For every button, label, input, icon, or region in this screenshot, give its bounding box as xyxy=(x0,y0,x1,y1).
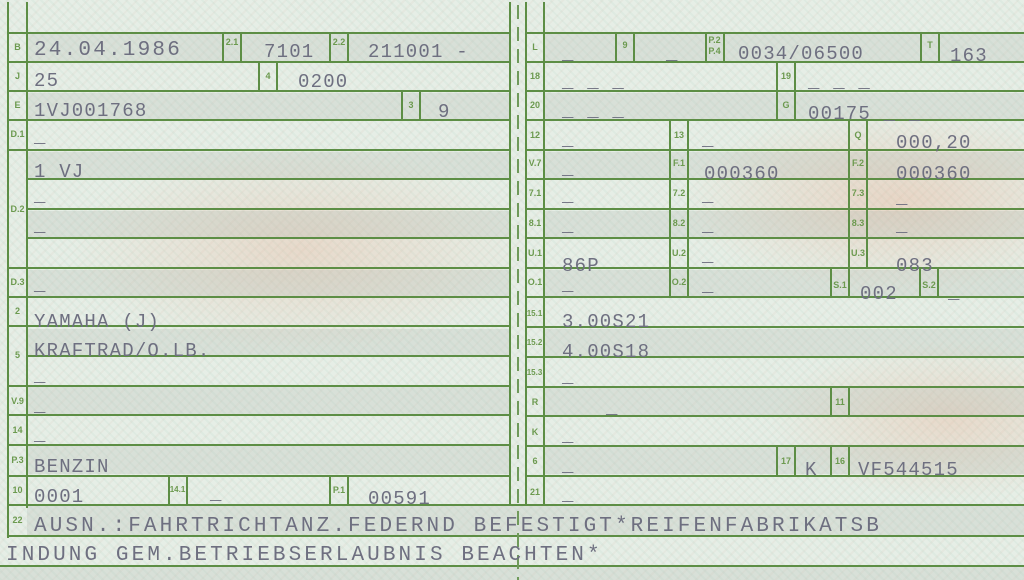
grid-line xyxy=(186,475,188,505)
grid-line xyxy=(866,119,868,269)
field-label-F1: F.1 xyxy=(671,158,687,168)
field-label-15-1: 15.1 xyxy=(526,309,543,319)
band xyxy=(0,566,1024,580)
field-label-D3: D.3 xyxy=(9,277,26,287)
grid-line xyxy=(525,415,1024,417)
field-label-B: B xyxy=(9,42,26,52)
field-label-2-1: 2.1 xyxy=(224,37,240,47)
grid-line xyxy=(633,32,635,62)
length-value: _ _ _ xyxy=(562,72,625,92)
field-label-2-2: 2.2 xyxy=(331,37,347,47)
grid-line xyxy=(687,119,689,297)
band xyxy=(27,152,510,180)
grid-line xyxy=(7,267,511,269)
grid-line xyxy=(848,386,850,416)
grid-line xyxy=(7,296,511,298)
axle-load-permitted-2: _ xyxy=(702,216,715,236)
field-label-U3: U.3 xyxy=(850,248,866,258)
color-value: _ xyxy=(606,398,619,418)
driving-noise: 083 xyxy=(896,256,934,276)
vin-number: 1VJ001768 xyxy=(34,101,147,121)
field-label-S2: S.2 xyxy=(921,280,937,290)
field-label-22: 22 xyxy=(9,515,26,525)
emission-code: 0001 xyxy=(34,487,84,507)
grid-line xyxy=(26,208,511,210)
field-label-7-2: 7.2 xyxy=(671,188,687,198)
permit-number: VF544515 xyxy=(858,460,959,480)
grid-line xyxy=(525,267,1024,269)
grid-line xyxy=(723,32,725,62)
field-label-U2: U.2 xyxy=(671,248,687,258)
field-label-V9: V.9 xyxy=(9,396,26,406)
operating-permit-code: K xyxy=(805,460,818,480)
make-value: _ xyxy=(34,127,47,147)
power-weight-ratio: 000,20 xyxy=(896,133,972,153)
type-variant-line-2: _ xyxy=(34,186,47,206)
band xyxy=(543,211,1024,239)
emission-directive-value: _ xyxy=(34,425,47,445)
seats-count: 002 xyxy=(860,284,898,304)
power-rpm: 0034/06500 xyxy=(738,44,864,64)
field-label-S1: S.1 xyxy=(832,280,848,290)
type-variant-line-1: 1 VJ xyxy=(34,162,84,182)
grid-line xyxy=(26,2,28,508)
curb-weight: 00175 _ _ xyxy=(808,104,921,124)
width-value: _ _ _ xyxy=(808,72,871,92)
field-label-4: 4 xyxy=(260,71,276,81)
field-label-20: 20 xyxy=(527,100,543,110)
vehicle-class: 25 xyxy=(34,71,59,91)
vehicle-category-line-2: _ xyxy=(34,366,47,386)
field-label-17: 17 xyxy=(778,456,794,466)
max-mass-permitted: 000360 xyxy=(896,164,972,184)
registration-document: B 24.04.1986 2.1 7101 2.2 211001 - J 25 … xyxy=(0,0,1024,580)
field-label-U1: U.1 xyxy=(527,248,543,258)
grid-line xyxy=(7,504,1024,506)
field-label-19: 19 xyxy=(778,71,794,81)
field-label-14: 14 xyxy=(9,425,26,435)
tire-other: _ xyxy=(562,367,575,387)
field-label-18: 18 xyxy=(527,71,543,81)
type-code: 211001 - xyxy=(368,42,469,62)
field-label-8-1: 8.1 xyxy=(527,218,543,228)
field-label-D2: D.2 xyxy=(9,204,26,214)
field-label-V7: V.7 xyxy=(527,158,543,168)
grid-line xyxy=(794,61,796,120)
grid-line xyxy=(938,32,940,62)
field-label-O1: O.1 xyxy=(527,277,543,287)
field-label-8-2: 8.2 xyxy=(671,218,687,228)
towing-braked: _ xyxy=(562,275,575,295)
grid-line xyxy=(7,149,511,151)
field-label-11: 11 xyxy=(832,397,848,407)
type-approval-date: _ xyxy=(562,456,575,476)
tank-volume-value: _ xyxy=(562,130,575,150)
field-label-Q: Q xyxy=(850,130,866,140)
field-label-12: 12 xyxy=(527,130,543,140)
co2-value: _ xyxy=(562,159,575,179)
support-load-value: _ xyxy=(702,130,715,150)
field-label-5: 5 xyxy=(9,350,26,360)
axles-value: _ xyxy=(562,44,575,64)
field-label-3: 3 xyxy=(403,100,419,110)
field-label-G: G xyxy=(778,100,794,110)
type-variant-line-3: _ xyxy=(34,216,47,236)
grid-line xyxy=(525,386,1024,388)
field-label-J: J xyxy=(9,71,26,81)
emission-class-value: _ xyxy=(34,396,47,416)
axle-load-permitted-1: _ xyxy=(562,216,575,236)
tire-rear: 4.00S18 xyxy=(562,342,650,362)
field-label-21: 21 xyxy=(527,487,543,497)
grid-line xyxy=(240,32,242,62)
other-notes-value: _ xyxy=(562,485,575,505)
grid-line xyxy=(525,208,1024,210)
field-label-9: 9 xyxy=(617,40,633,50)
manufacturer-code: 7101 xyxy=(264,42,314,62)
remarks-line-1: AUSN.:FAHRTRICHTANZ.FEDERND BEFESTIGT*RE… xyxy=(34,517,882,537)
field-label-L: L xyxy=(527,42,543,52)
grid-line xyxy=(776,61,778,120)
type-approval-value: _ xyxy=(562,426,575,446)
body-type-code: 0200 xyxy=(298,72,348,92)
vehicle-category-line-1: KRAFTRAD/O.LB. xyxy=(34,341,210,361)
manufacturer-name: YAMAHA (J) xyxy=(34,312,160,332)
band xyxy=(27,211,510,239)
field-label-7-3: 7.3 xyxy=(850,188,866,198)
field-label-15-3: 15.3 xyxy=(526,368,543,378)
engine-displacement: 00591 xyxy=(368,489,431,509)
grid-line xyxy=(26,178,511,180)
field-label-K: K xyxy=(527,427,543,437)
grid-line xyxy=(7,385,511,387)
grid-line xyxy=(525,445,1024,447)
axle-load-2: _ xyxy=(702,186,715,206)
vin-check-digit: 9 xyxy=(438,102,451,122)
field-label-P4: P.4 xyxy=(706,46,723,56)
field-label-10: 10 xyxy=(9,485,26,495)
grid-line xyxy=(347,32,349,62)
field-label-14-1: 14.1 xyxy=(169,485,186,495)
grid-line xyxy=(848,445,850,476)
field-label-6: 6 xyxy=(527,456,543,466)
grid-line xyxy=(276,61,278,91)
fuel-type: BENZIN xyxy=(34,457,110,477)
field-label-E: E xyxy=(9,100,26,110)
field-label-16: 16 xyxy=(832,456,848,466)
grid-line xyxy=(7,444,511,446)
emission-code-value: _ xyxy=(210,484,223,504)
tire-front: 3.00S21 xyxy=(562,312,650,332)
grid-line xyxy=(848,119,850,297)
grid-line xyxy=(419,90,421,120)
axle-load-3: _ xyxy=(896,188,909,208)
grid-line xyxy=(525,237,1024,239)
grid-line xyxy=(509,2,511,506)
field-label-7-1: 7.1 xyxy=(527,188,543,198)
field-label-O2: O.2 xyxy=(671,277,687,287)
engine-speed-noise: _ xyxy=(702,246,715,266)
field-label-P2: P.2 xyxy=(706,35,723,45)
axle-load-permitted-3: _ xyxy=(896,216,909,236)
field-label-8-3: 8.3 xyxy=(850,218,866,228)
field-label-T: T xyxy=(922,40,938,50)
axle-load-1: _ xyxy=(562,186,575,206)
trade-name-value: _ xyxy=(34,275,47,295)
field-label-R: R xyxy=(527,397,543,407)
grid-line xyxy=(543,2,545,506)
field-label-P1: P.1 xyxy=(331,485,347,495)
grid-line xyxy=(937,267,939,297)
field-label-D1: D.1 xyxy=(9,129,26,139)
max-mass-technical: 000360 xyxy=(704,164,780,184)
field-label-F2: F.2 xyxy=(850,158,866,168)
standing-places: _ xyxy=(948,283,961,303)
fold-line xyxy=(517,5,519,580)
max-speed: 163 xyxy=(950,46,988,66)
field-label-2: 2 xyxy=(9,306,26,316)
field-label-P3: P.3 xyxy=(9,455,26,465)
grid-line xyxy=(794,445,796,476)
field-label-15-2: 15.2 xyxy=(526,338,543,348)
towing-unbraked: _ xyxy=(702,276,715,296)
grid-line xyxy=(525,32,1024,34)
standing-noise: 86P xyxy=(562,256,600,276)
grid-line xyxy=(26,237,511,239)
grid-line xyxy=(7,32,511,34)
remarks-line-2: INDUNG GEM.BETRIEBSERLAUBNIS BEACHTEN* xyxy=(6,546,603,566)
grid-line xyxy=(347,475,349,505)
band xyxy=(27,270,510,297)
driven-axles-value: _ xyxy=(666,44,679,64)
grid-line xyxy=(7,414,511,416)
first-registration-date: 24.04.1986 xyxy=(34,41,182,61)
band xyxy=(27,387,510,415)
height-value: _ _ _ xyxy=(562,101,625,121)
grid-line xyxy=(669,119,671,297)
field-label-13: 13 xyxy=(671,130,687,140)
